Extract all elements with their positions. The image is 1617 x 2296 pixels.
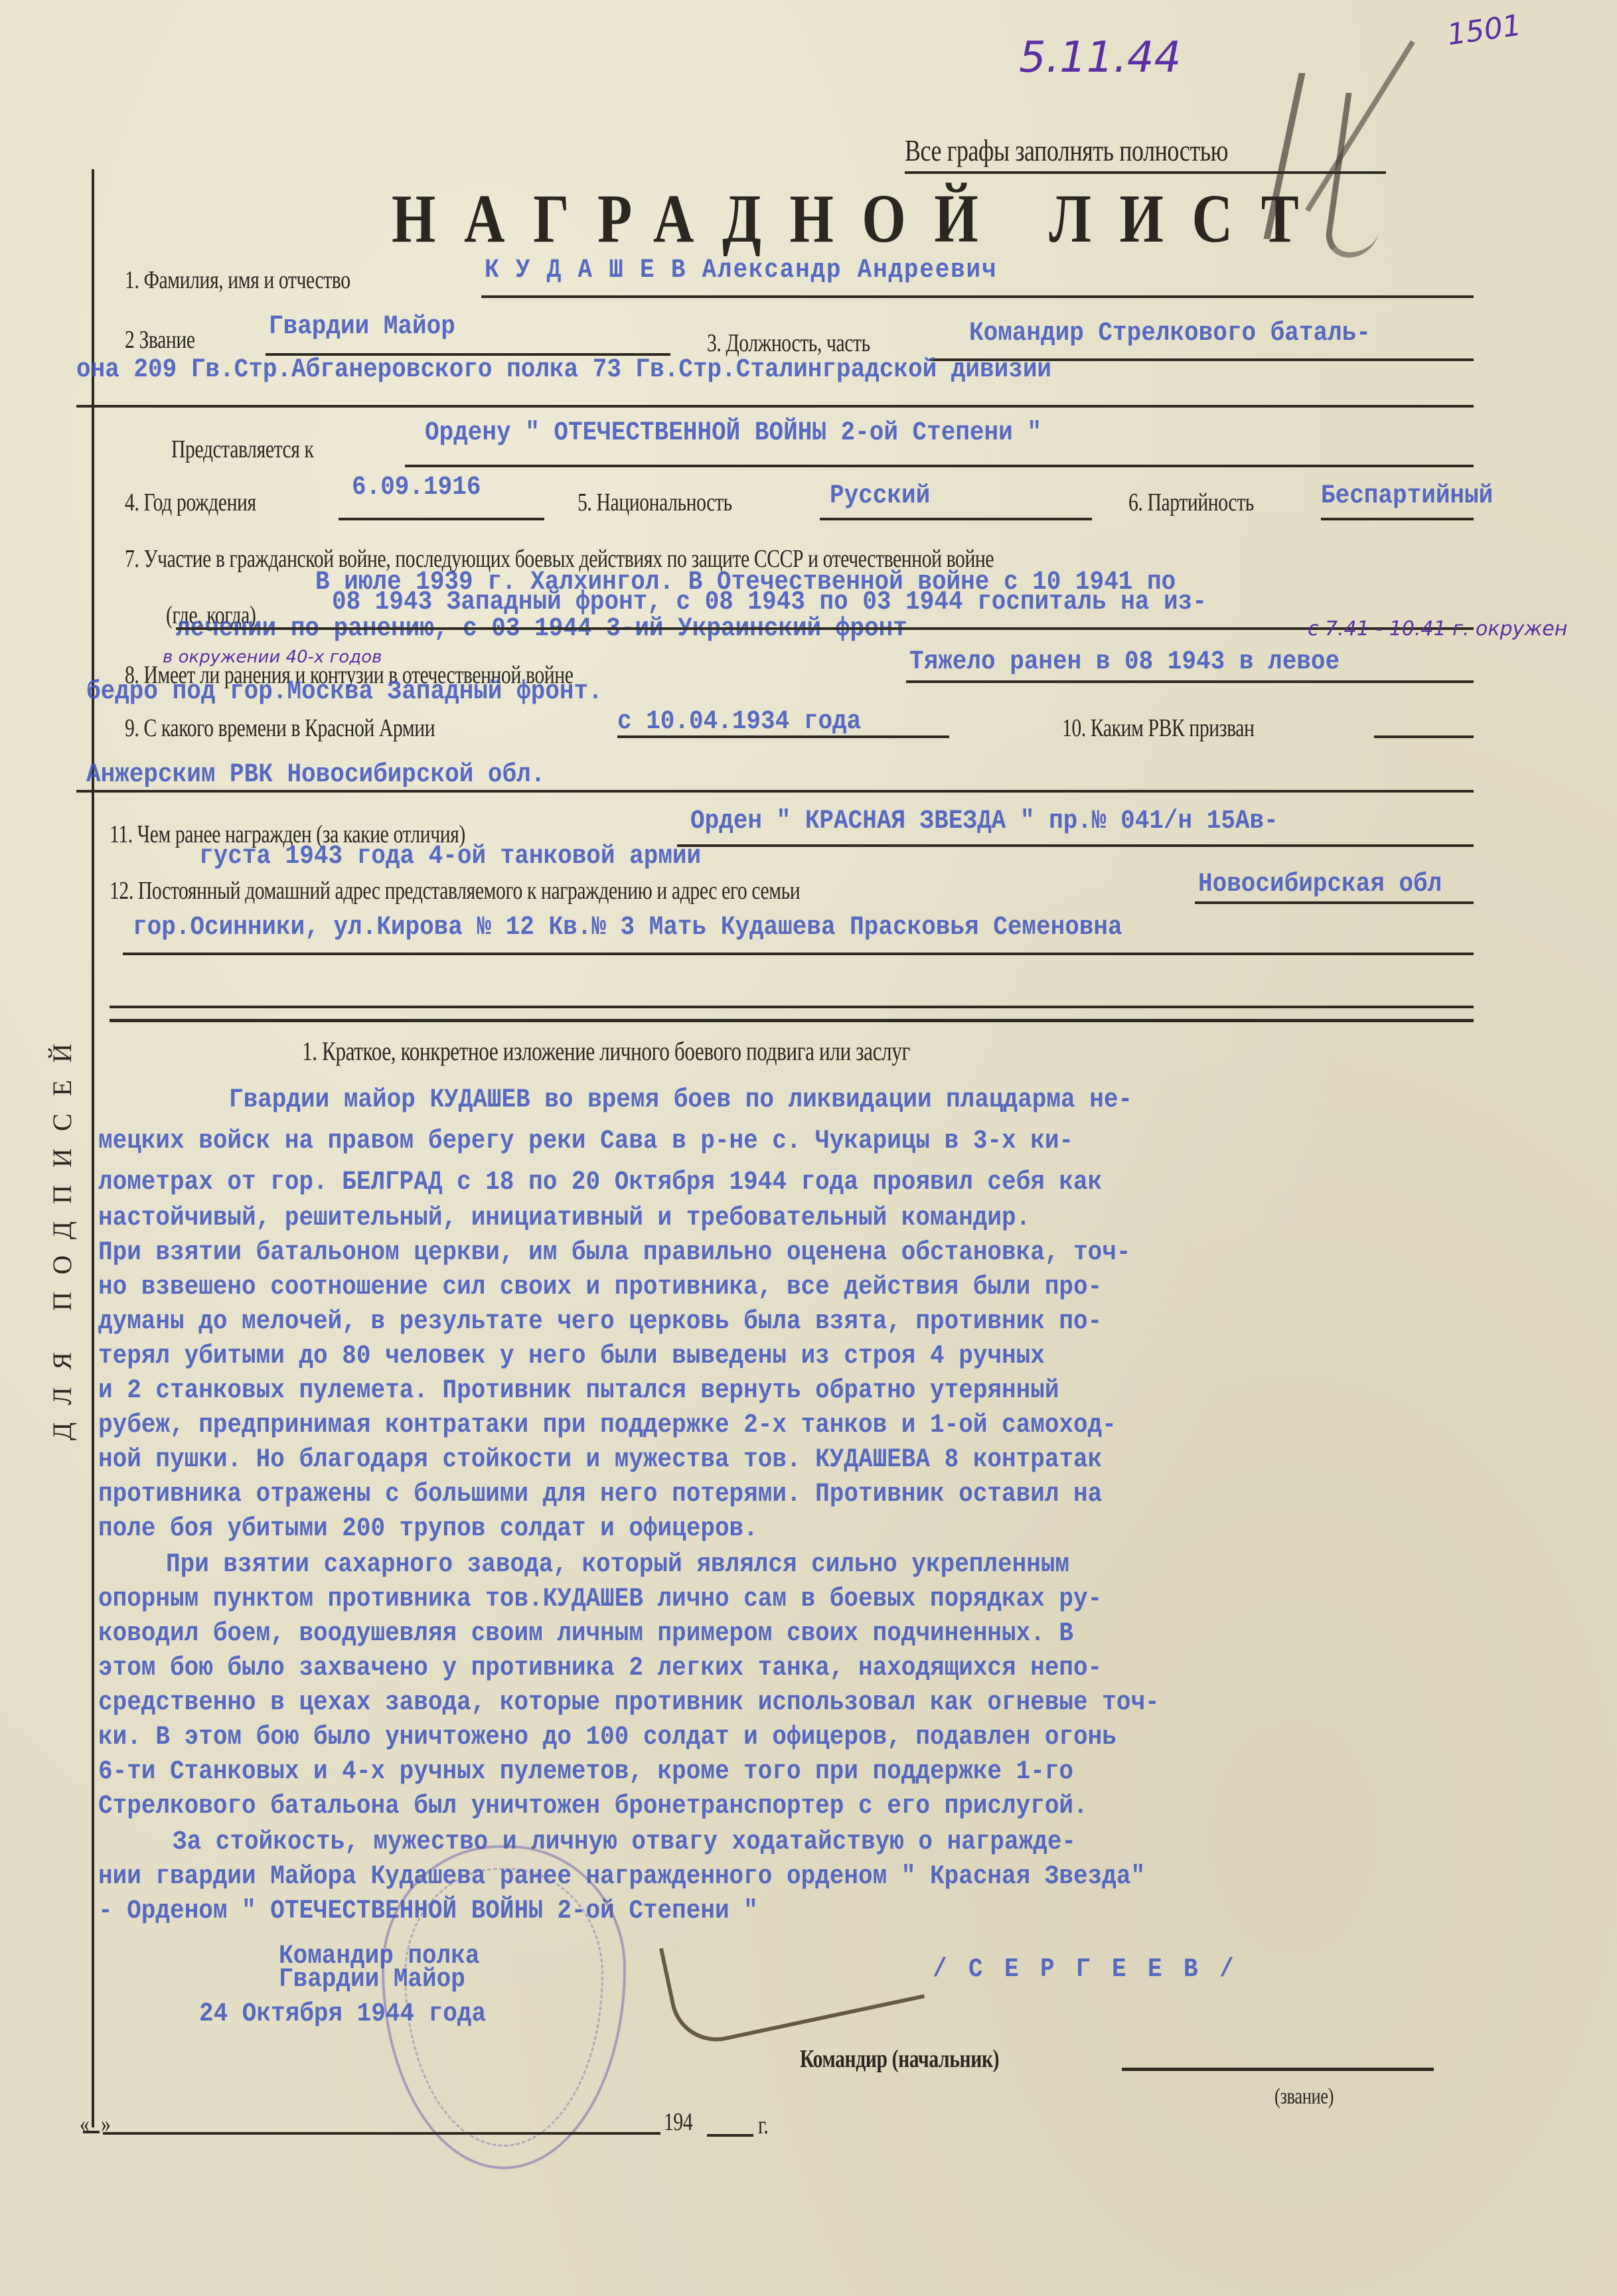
field-3-value-line1: Командир Стрелкового баталь- [969,319,1371,348]
field-8-value-line2: бедро под гор.Москва Западный фронт. [86,677,603,707]
field-9-line [617,735,949,738]
field-6-line [1321,518,1474,520]
presented-value: Ордену " ОТЕЧЕСТВЕННОЙ ВОЙНЫ 2-ой Степен… [425,418,1041,448]
field-12-line3 [110,1006,1474,1008]
year-suffix: г. [758,2111,768,2140]
year-line [707,2134,753,2137]
field-8-line [906,680,1474,683]
field-3-value-line2: она 209 Гв.Стр.Абганеровского полка 73 Г… [76,355,1051,385]
field-2-value: Гвардии Майор [269,312,455,342]
field-10-label: 10. Каким РВК призван [1062,714,1255,743]
handwritten-note: с 7.41 - 10.41 г. окружен [1308,617,1567,641]
document-title: НАГРАДНОЙ ЛИСТ [392,179,1327,258]
field-11-value-line1: Орден " КРАСНАЯ ЗВЕЗДА " пр.№ 041/н 15Ав… [690,806,1278,836]
field-5-label: 5. Национальность [577,488,732,517]
field-6-value: Беспартийный [1321,481,1493,511]
narrative-line: ной пушки. Но благодаря стойкости и муже… [98,1445,1102,1475]
field-4-label: 4. Год рождения [125,488,256,517]
field-7-value-line2: 08 1943 Западный фронт, с 08 1943 по 03 … [332,587,1207,617]
narrative-line: терял убитыми до 80 человек у него были … [98,1341,1045,1371]
margin-caption: ДЛЯ ПОДПИСЕЙ [46,1026,78,1440]
field-8-value-line1: Тяжело ранен в 08 1943 в левое [909,647,1340,677]
narrative-line: рубеж, предпринимая контратаки при подде… [98,1411,1116,1440]
narrative-line: мецких войск на правом берегу реки Сава … [98,1126,1073,1156]
signer-role-line2: Гвардии Майор [279,1965,465,1995]
field-10-value: Анжерским РВК Новосибирской обл. [86,760,545,790]
narrative-line: опорным пунктом противника тов.КУДАШЕВ л… [98,1584,1102,1614]
section-divider [110,1019,1474,1022]
commander-label: Командир (начальник) [800,2044,999,2074]
narrative-line: этом бою было захвачено у противника 2 л… [98,1653,1102,1683]
narrative-line: но взвешено соотношение сил своих и прот… [98,1272,1102,1302]
narrative-line: ки. В этом бою было уничтожено до 100 со… [98,1722,1116,1752]
narrative-heading: 1. Краткое, конкретное изложение личного… [302,1035,910,1067]
commander-signature-line [1122,2068,1434,2071]
signoff-date: 24 Октября 1944 года [199,1999,486,2029]
narrative-line: Гвардии майор КУДАШЕВ во время боев по л… [229,1085,1132,1115]
narrative-line: настойчивый, решительный, инициативный и… [98,1203,1030,1233]
month-line [103,2132,660,2135]
instruction-text: Все графы заполнять полностью [905,133,1228,168]
narrative-line: 6-ти Станковых и 4-х ручных пулеметов, к… [98,1757,1073,1787]
field-4-line [339,518,544,520]
narrative-line: Стрелкового батальона был уничтожен брон… [98,1792,1088,1821]
narrative-line: думаны до мелочей, в результате чего цер… [98,1307,1102,1337]
handwritten-date: 5.11.44 [1019,33,1181,82]
field-11-value-line2: густа 1943 года 4-ой танковой армии [199,842,701,872]
field-3-label: 3. Должность, часть [707,329,870,358]
field-5-line [820,518,1092,520]
day-line [83,2131,100,2133]
narrative-line: При взятии сахарного завода, который явл… [166,1550,1069,1580]
narrative-line: поле боя убитыми 200 трупов солдат и офи… [98,1514,758,1544]
field-10-line [1374,735,1474,738]
field-12-line2 [123,953,1474,955]
narrative-line: средственно в цехах завода, которые прот… [98,1688,1160,1718]
field-1-line [481,295,1474,298]
field-3-line2 [76,405,1474,408]
field-5-value: Русский [830,481,930,511]
field-7-line [176,627,1474,630]
year-prefix: 194 [664,2107,692,2137]
field-6-label: 6. Партийность [1128,488,1254,517]
narrative-line: За стойкость, мужество и личную отвагу х… [173,1827,1076,1857]
field-4-value: 6.09.1916 [352,473,481,502]
narrative-line: противника отражены с большими для него … [98,1480,1102,1509]
field-12-line [1195,901,1474,904]
rank-caption: (звание) [1274,2084,1334,2109]
narrative-line: лометрах от гор. БЕЛГРАД с 18 по 20 Октя… [98,1168,1102,1197]
field-10-line2 [76,790,1474,793]
narrative-line: При взятии батальоном церкви, им была пр… [98,1238,1130,1268]
presented-line [405,465,1474,467]
narrative-line: ководил боем, воодушевляя своим личным п… [98,1619,1073,1649]
date-open-quote: « [80,2109,89,2139]
instruction-underline [905,171,1386,174]
presented-label: Представляется к [171,435,314,464]
field-9-value: с 10.04.1934 года [617,707,861,737]
narrative-line: нии гвардии Майора Кудашева ранее награж… [98,1862,1145,1892]
field-1-label: 1. Фамилия, имя и отчество [125,266,350,295]
field-11-line [677,844,1474,847]
signer-name: / С Е Р Г Е Е В / [933,1955,1237,1985]
field-12-value-line2: гор.Осинники, ул.Кирова № 12 Кв.№ 3 Мать… [133,913,1122,943]
field-1-value: К У Д А Ш Е В Александр Андреевич [485,256,997,285]
narrative-line: и 2 станковых пулемета. Противник пыталс… [98,1376,1059,1406]
field-2-label: 2 Звание [125,325,195,354]
left-border-line [92,169,94,2127]
field-9-label: 9. С какого времени в Красной Армии [125,714,435,743]
field-12-label: 12. Постоянный домашний адрес представля… [110,876,800,905]
field-12-value-line1: Новосибирская обл [1198,870,1442,899]
